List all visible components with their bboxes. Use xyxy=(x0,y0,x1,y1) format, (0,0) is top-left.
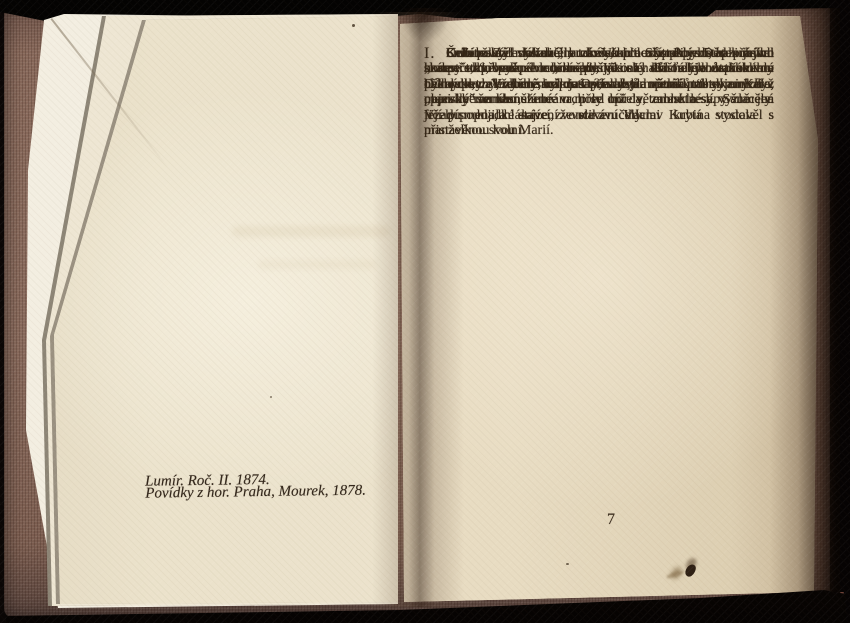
ghost-text-smudge xyxy=(258,260,376,269)
paper-speck xyxy=(566,563,569,565)
ghost-text-smudge xyxy=(232,226,390,237)
ink-smudge-blob xyxy=(684,563,698,579)
ink-smudge-tail xyxy=(666,569,685,579)
paper-speck xyxy=(352,24,355,27)
body-paragraph: Kmotra Záleská chtěla také sanice užít. … xyxy=(424,46,774,108)
paper-speck xyxy=(270,396,272,398)
imprint-line-2: Povídky z hor. Praha, Mourek, 1878. xyxy=(145,483,366,503)
ink-smudge xyxy=(664,552,704,584)
page-number: 7 xyxy=(437,511,785,529)
book-photo: Lumír. Roč. II. 1874. Povídky z hor. Pra… xyxy=(0,0,850,623)
paper-speck xyxy=(587,62,589,64)
